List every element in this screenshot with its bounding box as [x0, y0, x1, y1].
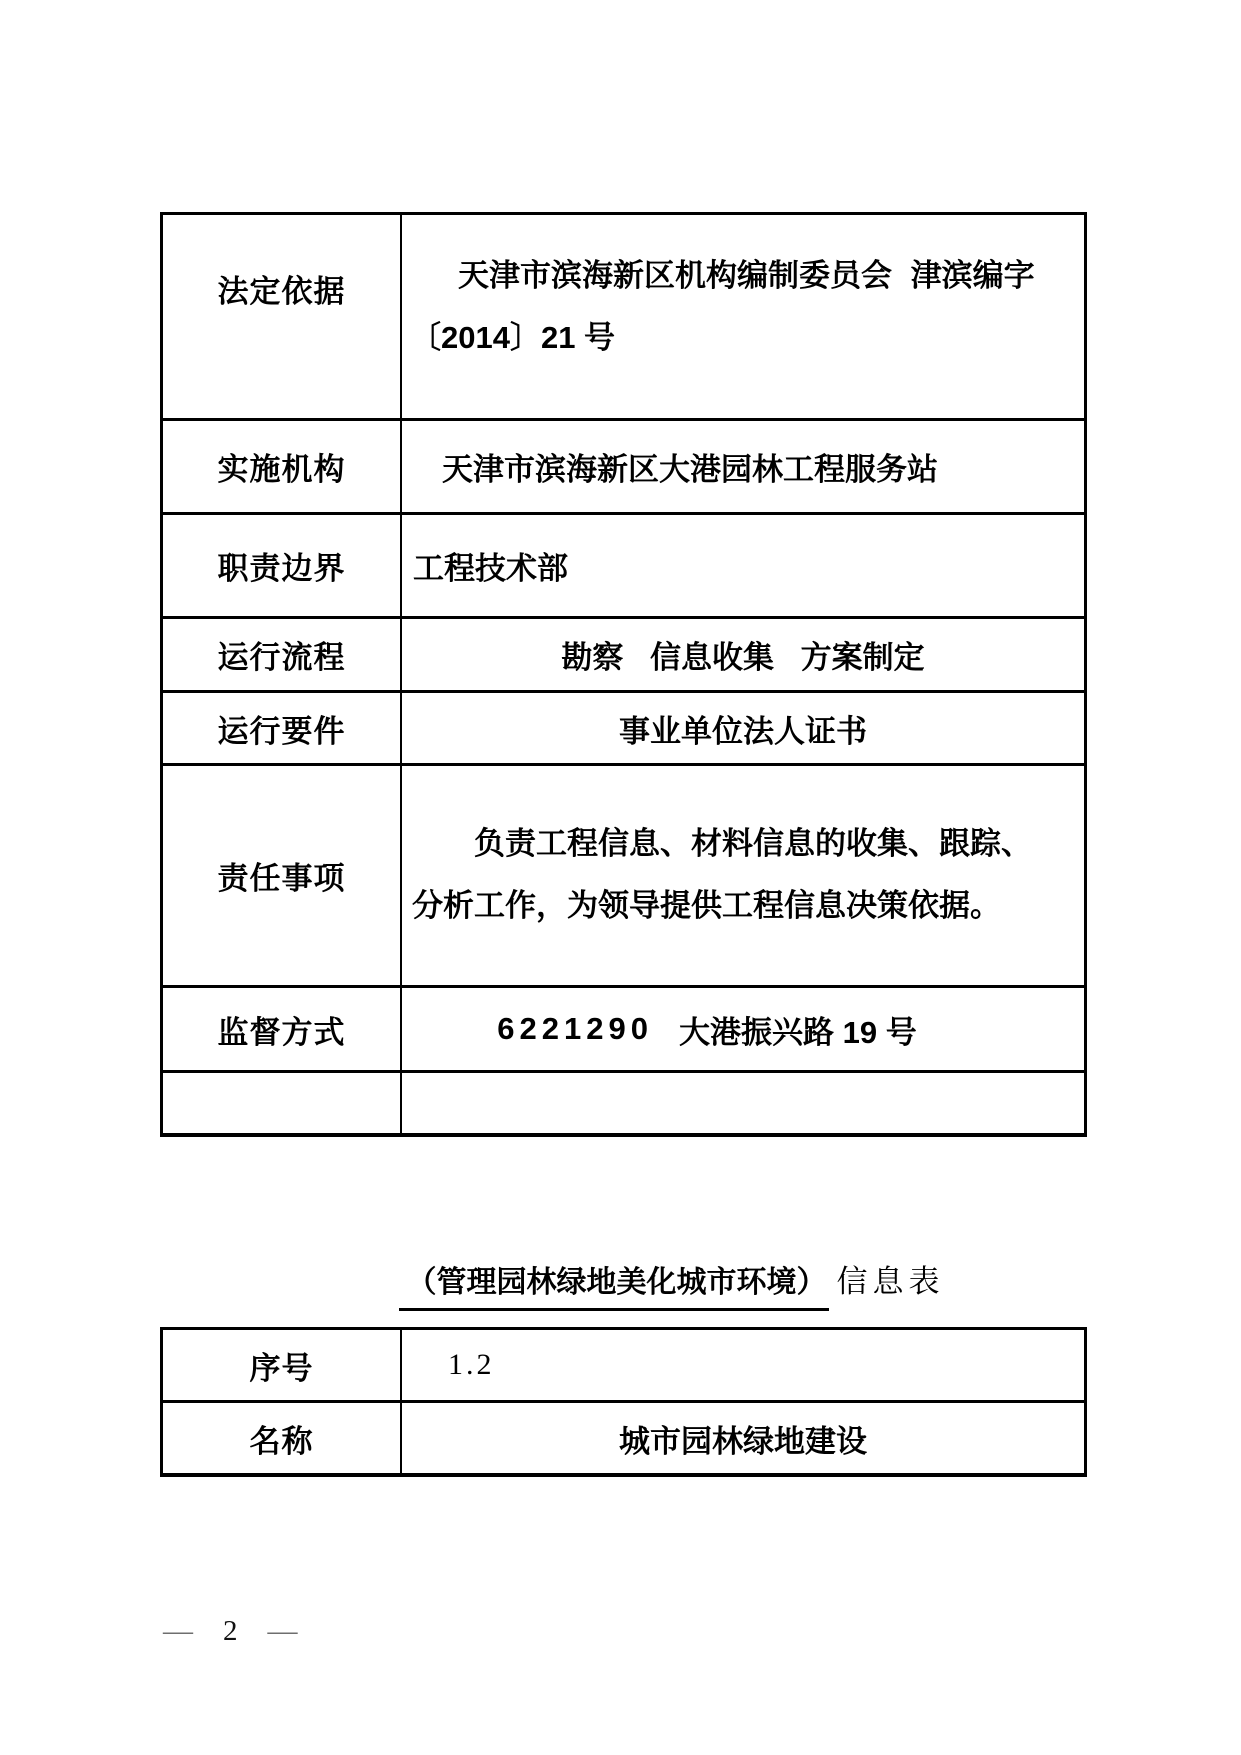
document-page: 法定依据 天津市滨海新区机构编制委员会 津滨编字 〔2014〕21 号 实施机构…: [0, 0, 1241, 1755]
section-title-suffix: 信息表: [837, 1264, 945, 1299]
row-label-supervision-method: 监督方式: [163, 988, 402, 1070]
supervision-address: 大港振兴路 19 号: [679, 1007, 917, 1052]
row-label-legal-basis: 法定依据: [163, 215, 402, 418]
row-value-implementing-agency: 天津市滨海新区大港园林工程服务站: [402, 421, 1084, 512]
row-value-operation-requirements: 事业单位法人证书: [402, 693, 1084, 763]
row-label-implementing-agency: 实施机构: [163, 421, 402, 512]
table-row-supervision-method: 监督方式 6221290 大港振兴路 19 号: [163, 988, 1084, 1073]
table-row-implementing-agency: 实施机构 天津市滨海新区大港园林工程服务站: [163, 421, 1084, 515]
row-label-empty: [163, 1073, 402, 1133]
table-row-responsibility-matters: 责任事项 负责工程信息、材料信息的收集、跟踪、 分析工作，为领导提供工程信息决策…: [163, 766, 1084, 988]
row-label-operation-requirements: 运行要件: [163, 693, 402, 763]
footer-dash-right: —: [268, 1616, 298, 1646]
value-line: 分析工作，为领导提供工程信息决策依据。: [412, 875, 1070, 937]
table-row-responsibility-boundary: 职责边界 工程技术部: [163, 515, 1084, 619]
table-row-legal-basis: 法定依据 天津市滨海新区机构编制委员会 津滨编字 〔2014〕21 号: [163, 215, 1084, 421]
row-label-operation-process: 运行流程: [163, 619, 402, 690]
table-row-operation-process: 运行流程 勘察 信息收集 方案制定: [163, 619, 1084, 693]
info-table-secondary: 序号 1.2 名称 城市园林绿地建设: [160, 1327, 1087, 1477]
value-line: 负责工程信息、材料信息的收集、跟踪、: [412, 813, 1070, 875]
section-title-bracketed: （管理园林绿地美化城市环境）: [399, 1257, 829, 1311]
table-row-serial-number: 序号 1.2: [163, 1330, 1084, 1403]
table-row-operation-requirements: 运行要件 事业单位法人证书: [163, 693, 1084, 766]
row-label-name: 名称: [163, 1403, 402, 1473]
value-line: 天津市滨海新区机构编制委员会 津滨编字: [410, 245, 1068, 307]
row-value-operation-process: 勘察 信息收集 方案制定: [402, 619, 1084, 690]
value-line: 〔2014〕21 号: [410, 307, 1068, 369]
section-title: （管理园林绿地美化城市环境）信息表: [160, 1256, 1087, 1311]
supervision-phone: 6221290: [497, 1011, 653, 1047]
footer-dash-left: —: [163, 1616, 193, 1646]
row-value-empty: [402, 1073, 1084, 1133]
row-value-responsibility-matters: 负责工程信息、材料信息的收集、跟踪、 分析工作，为领导提供工程信息决策依据。: [402, 766, 1084, 985]
row-value-name: 城市园林绿地建设: [402, 1403, 1084, 1473]
info-table-main: 法定依据 天津市滨海新区机构编制委员会 津滨编字 〔2014〕21 号 实施机构…: [160, 212, 1087, 1137]
row-value-serial-number: 1.2: [402, 1330, 1084, 1400]
row-label-responsibility-boundary: 职责边界: [163, 515, 402, 616]
row-value-responsibility-boundary: 工程技术部: [402, 515, 1084, 616]
table-row-empty: [163, 1073, 1084, 1133]
table-row-name: 名称 城市园林绿地建设: [163, 1403, 1084, 1473]
page-number: 2: [223, 1617, 238, 1646]
page-footer: — 2 —: [163, 1616, 298, 1646]
row-label-responsibility-matters: 责任事项: [163, 766, 402, 985]
row-value-legal-basis: 天津市滨海新区机构编制委员会 津滨编字 〔2014〕21 号: [402, 215, 1084, 418]
row-label-serial-number: 序号: [163, 1330, 402, 1400]
row-value-supervision-method: 6221290 大港振兴路 19 号: [402, 988, 1084, 1070]
